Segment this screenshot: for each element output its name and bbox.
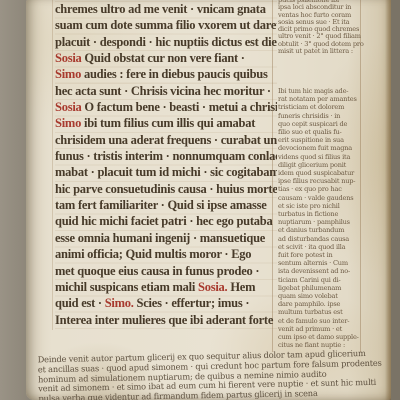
main-text-column: chremes ultro ad me venit · vnicam gnata… [55, 1, 277, 331]
text-line: dare pamphilo. ipse [278, 300, 366, 308]
text-segment: quo cepit suspicari de [278, 120, 347, 128]
text-line: michil suspicans etiam mali Sosia. Hem [55, 279, 277, 295]
text-line: funus · tristis interim · nonnumquam con… [55, 148, 277, 164]
text-segment: diligit glicerium ponit [278, 161, 346, 169]
text-line: tristiciam et dolorem [278, 103, 366, 111]
text-line: ventas hoc furto coram [278, 12, 366, 19]
text-line: ultro venit · 2° quod filiam [278, 33, 366, 40]
text-segment: sosia senus sue · Et ita [278, 19, 349, 26]
text-line: animi officia; Quid multis moror · Ego [55, 246, 277, 262]
text-line: Simo audies : fere in diebus paucis quib… [55, 66, 277, 82]
text-segment: tristiciam et dolorem [278, 103, 344, 111]
text-segment: Interea inter mulieres que ibi aderant f… [55, 313, 273, 327]
text-line: et scivit · ita quod illa [278, 243, 366, 251]
text-segment: et danius turbandum [278, 226, 344, 234]
text-line: placuit · despondi · hic nuptiis dictus … [55, 34, 277, 50]
text-line: Sosia O factum bene · beasti · metui a c… [55, 99, 277, 115]
text-segment: causam · valde gaudens [278, 194, 353, 202]
text-line: et danius turbandum [278, 226, 366, 234]
text-segment: michil suspicans etiam mali [55, 280, 198, 294]
text-segment: ista devenissent ad no- [278, 267, 350, 275]
text-segment: O factum bene · beasti · metui a chrisid… [84, 100, 277, 114]
text-segment: misit ut patet in littera : [278, 48, 353, 55]
parchment-page: chremes ultro ad me venit · vnicam gnata… [26, 0, 391, 400]
text-segment: funus · tristis interim · nonnumquam con… [55, 149, 277, 163]
text-segment: et sic iste pro nichil [278, 202, 340, 210]
rubric-speaker-name: Simo [55, 116, 84, 130]
text-line: fuit fore potest in [278, 251, 366, 259]
text-line: ticiam Carini qui di- [278, 276, 366, 284]
text-segment: venit ad primum · et [278, 325, 342, 333]
text-segment: dicit primo quod chremes [278, 26, 359, 33]
text-line: obtulit · 3° quod dotem pro [278, 41, 366, 48]
text-line: turbatus in fictione [278, 210, 366, 218]
text-line: met quoque eius causa in funus prodeo · [55, 263, 277, 279]
text-line: sosia senus sue · Et ita [278, 19, 366, 26]
text-line: erit suspitione in sua [278, 136, 366, 144]
text-line: ad disturbandas causa [278, 235, 366, 243]
text-line: et sic iste pro nichil [278, 202, 366, 210]
text-line: ipse filius recusabit nup- [278, 177, 366, 185]
manuscript-photo: chremes ultro ad me venit · vnicam gnata… [0, 0, 400, 400]
text-segment: et scivit · ita quod illa [278, 243, 345, 251]
text-line: hec acta sunt · Chrisis vicina hec morit… [55, 83, 277, 99]
margin-gloss-top: pticis psilemone ibiipsa loci absconditu… [278, 0, 366, 59]
margin-gloss-side: Ibi tum hic magis ade-rat notatam per am… [278, 87, 366, 353]
text-segment: animi officia; Quid multis moror · Ego [55, 247, 251, 261]
text-line: venit ad primum · et [278, 325, 366, 333]
text-line: mabat · placuit tum id michi · sic cogit… [55, 164, 277, 180]
text-line: quo cepit suspicari de [278, 120, 366, 128]
text-line: tam fert familiariter · Quid si ipse ama… [55, 197, 277, 213]
text-line: multum turbatus est [278, 308, 366, 316]
text-segment: Ibi tum hic magis ade- [278, 87, 348, 95]
text-segment: ibi tum filius cum illis qui amabat [84, 116, 255, 130]
text-line: tias · ex quo pro hac [278, 185, 366, 193]
text-segment: idem quod suspicabatur [278, 169, 354, 177]
text-segment: tias · ex quo pro hac [278, 185, 342, 193]
text-segment: erit suspitione in sua [278, 136, 344, 144]
rubric-speaker-name: Sosia [55, 100, 84, 114]
text-segment: Hem [227, 280, 255, 294]
text-segment: obtulit · 3° quod dotem pro [278, 41, 364, 48]
rubric-speaker-name: Sosia. [198, 280, 227, 294]
text-segment: fuit fore potest in [278, 251, 333, 259]
text-line: rat notatam per amantes [278, 95, 366, 103]
text-line: chrisidem una aderat frequens · curabat … [55, 132, 277, 148]
text-segment: ipse filius recusabit nup- [278, 177, 355, 185]
text-line: Interea inter mulieres que ibi aderant f… [55, 312, 277, 328]
text-segment: rat notatam per amantes [278, 95, 357, 103]
rubric-speaker-name: Sosia [55, 51, 84, 65]
bottom-gloss: Deinde venit autor partum glicerij ex qu… [38, 349, 385, 400]
text-segment: quid est · [55, 296, 105, 310]
text-line: Simo ibi tum filius cum illis qui amabat [55, 115, 277, 131]
text-segment: chrisidem una aderat frequens · curabat … [55, 133, 277, 147]
text-segment: Scies · effertur; imus · [134, 296, 250, 310]
text-segment: hec acta sunt · Chrisis vicina hec morit… [55, 84, 271, 98]
ruling-line-left [52, 0, 53, 330]
text-segment: Quid obstat cur non vere fiant · [84, 51, 244, 65]
text-segment: mabat · placuit tum id michi · sic cogit… [55, 165, 277, 179]
text-line: dicit primo quod chremes [278, 26, 366, 33]
text-line: videns quod si filius ita [278, 153, 366, 161]
page-edge-shadow [385, 0, 391, 400]
text-segment: dare pamphilo. ipse [278, 300, 340, 308]
rubric-speaker-name: Simo. [105, 296, 134, 310]
text-line: et de famulo suo inter- [278, 317, 366, 325]
text-segment: esse omnia humani ingenij · mansuetique [55, 231, 265, 245]
text-line: chremes ultro ad me venit · vnicam gnata [55, 1, 277, 17]
text-line: Ibi tum hic magis ade- [278, 87, 366, 95]
text-segment: videns quod si filius ita [278, 153, 350, 161]
text-line: misit ut patet in littera : [278, 48, 366, 55]
text-segment: ventas hoc furto coram [278, 12, 351, 19]
text-line: quam simo volebat [278, 292, 366, 300]
text-line: idem quod suspicabatur [278, 169, 366, 177]
rubric-speaker-name: Simo [55, 67, 84, 81]
text-line: hic parve consuetudinis causa · huius mo… [55, 181, 277, 197]
text-line: cum ipso et damo supple- [278, 333, 366, 341]
text-segment: ligebat philumenam [278, 284, 341, 292]
text-line: diligit glicerium ponit [278, 161, 366, 169]
text-line: esse omnia humani ingenij · mansuetique [55, 230, 277, 246]
text-segment: ultro venit · 2° quod filiam [278, 33, 361, 40]
text-segment: placuit · despondi · hic nuptiis dictus … [55, 35, 277, 49]
text-line: funeris chrisidis · in [278, 112, 366, 120]
text-segment: filio suo et qualis fu- [278, 128, 342, 136]
text-segment: quam simo volebat [278, 292, 338, 300]
text-segment: turbatus in fictione [278, 210, 338, 218]
text-segment: funeris chrisidis · in [278, 112, 340, 120]
text-line: nuptiarum · pamphilus [278, 218, 366, 226]
text-segment: cum ipso et damo supple- [278, 333, 359, 341]
text-line: Sosia Quid obstat cur non vere fiant · [55, 50, 277, 66]
text-line: suam cum dote summa filio vxorem ut dare… [55, 17, 277, 33]
text-segment: audies : fere in diebus paucis quibus [84, 67, 268, 81]
text-line: filio suo et qualis fu- [278, 128, 366, 136]
text-segment: devocionem fuit magna [278, 144, 352, 152]
text-segment: hic parve consuetudinis causa · huius mo… [55, 182, 277, 196]
text-line: ipsa loci absconditur in [278, 4, 366, 11]
text-line: quid est · Simo. Scies · effertur; imus … [55, 295, 277, 311]
text-segment: chremes ultro ad me venit · vnicam gnata [55, 2, 266, 16]
text-segment: ipsa loci absconditur in [278, 4, 351, 11]
text-segment: sentum alternis · Cum [278, 259, 348, 267]
text-line: causam · valde gaudens [278, 194, 366, 202]
text-line: sentum alternis · Cum [278, 259, 366, 267]
text-line: ligebat philumenam [278, 284, 366, 292]
text-segment: citus ne fiant nuptie : [278, 341, 345, 349]
text-segment: tam fert familiariter · Quid si ipse ama… [55, 198, 267, 212]
text-line: quid hic michi faciet patri · hec ego pu… [55, 213, 277, 229]
text-segment: multum turbatus est [278, 308, 343, 316]
text-segment: nuptiarum · pamphilus [278, 218, 350, 226]
text-segment: quid hic michi faciet patri · hec ego pu… [55, 214, 272, 228]
text-line: devocionem fuit magna [278, 144, 366, 152]
text-segment: suam cum dote summa filio vxorem ut dare… [55, 18, 277, 32]
text-segment: ticiam Carini qui di- [278, 276, 341, 284]
text-line: ista devenissent ad no- [278, 267, 366, 275]
text-segment: ad disturbandas causa [278, 235, 349, 243]
text-segment: met quoque eius causa in funus prodeo · [55, 264, 259, 278]
text-segment: et de famulo suo inter- [278, 317, 349, 325]
